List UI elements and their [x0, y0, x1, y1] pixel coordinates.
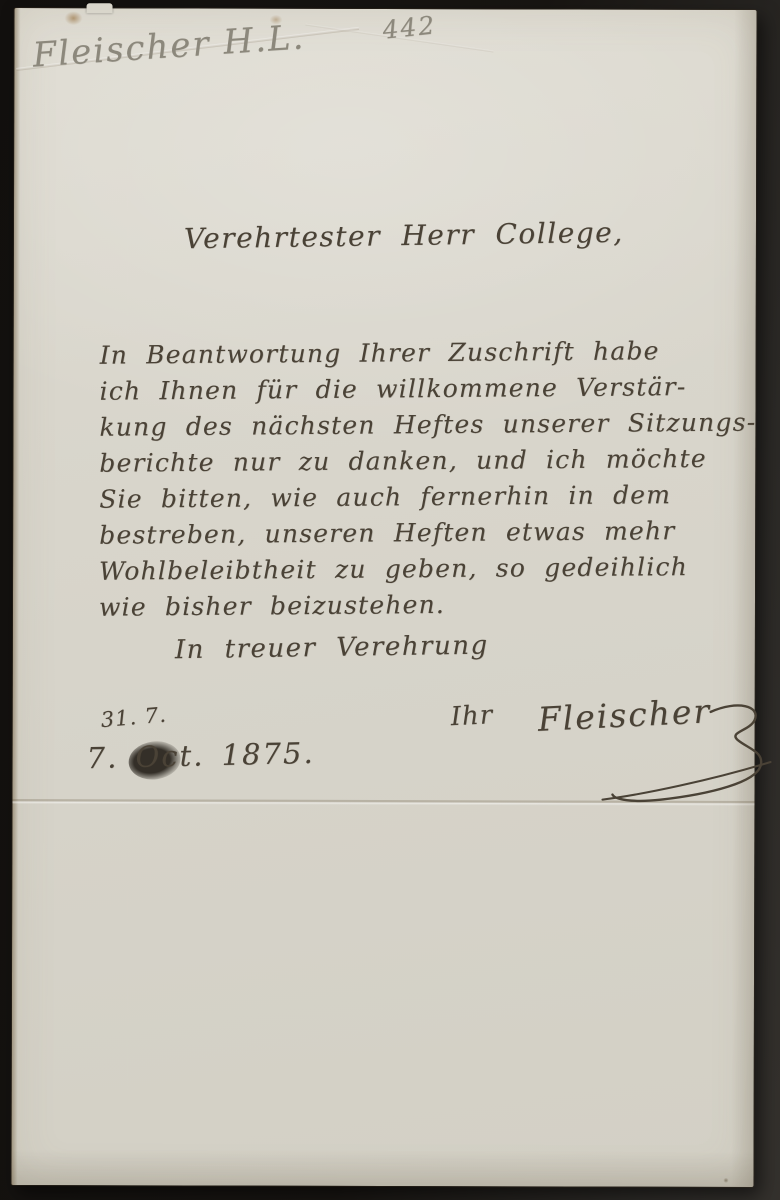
signature-flourish-icon	[532, 681, 772, 812]
letter-body: In Beantwortung Ihrer Zuschrift habe ich…	[99, 334, 757, 624]
body-line: berichte nur zu danken, und ich möchte	[99, 441, 756, 482]
body-line: wie bisher beizustehen.	[99, 585, 756, 626]
paper-stain	[64, 11, 82, 25]
paper-stain	[723, 1178, 728, 1183]
body-line: bestreben, unseren Heften etwas mehr	[99, 513, 756, 554]
docket-note: 31. 7.	[100, 703, 168, 733]
letter-salutation: Verehrtester Herr College,	[184, 216, 624, 256]
letter-closing: In treuer Verehrung	[175, 631, 489, 666]
scan-background: Fleischer H.L. 442 Verehrtester Herr Col…	[0, 0, 780, 1200]
letter-date: 7. Oct. 1875.	[86, 736, 315, 775]
letter-page: Fleischer H.L. 442 Verehrtester Herr Col…	[11, 8, 756, 1187]
body-line: In Beantwortung Ihrer Zuschrift habe	[100, 333, 757, 374]
torn-paper-tab	[87, 3, 113, 13]
body-line: ich Ihnen für die willkommene Verstär-	[99, 369, 756, 410]
signature-prefix: Ihr	[450, 700, 494, 732]
archival-number-annotation: 442	[381, 10, 437, 44]
body-line: Wohlbeleibtheit zu geben, so gedeihlich	[99, 549, 756, 590]
archival-name-annotation: Fleischer H.L.	[31, 17, 306, 75]
body-line: kung des nächsten Heftes unserer Sitzung…	[99, 405, 756, 446]
body-line: Sie bitten, wie auch fernerhin in dem	[99, 477, 756, 518]
